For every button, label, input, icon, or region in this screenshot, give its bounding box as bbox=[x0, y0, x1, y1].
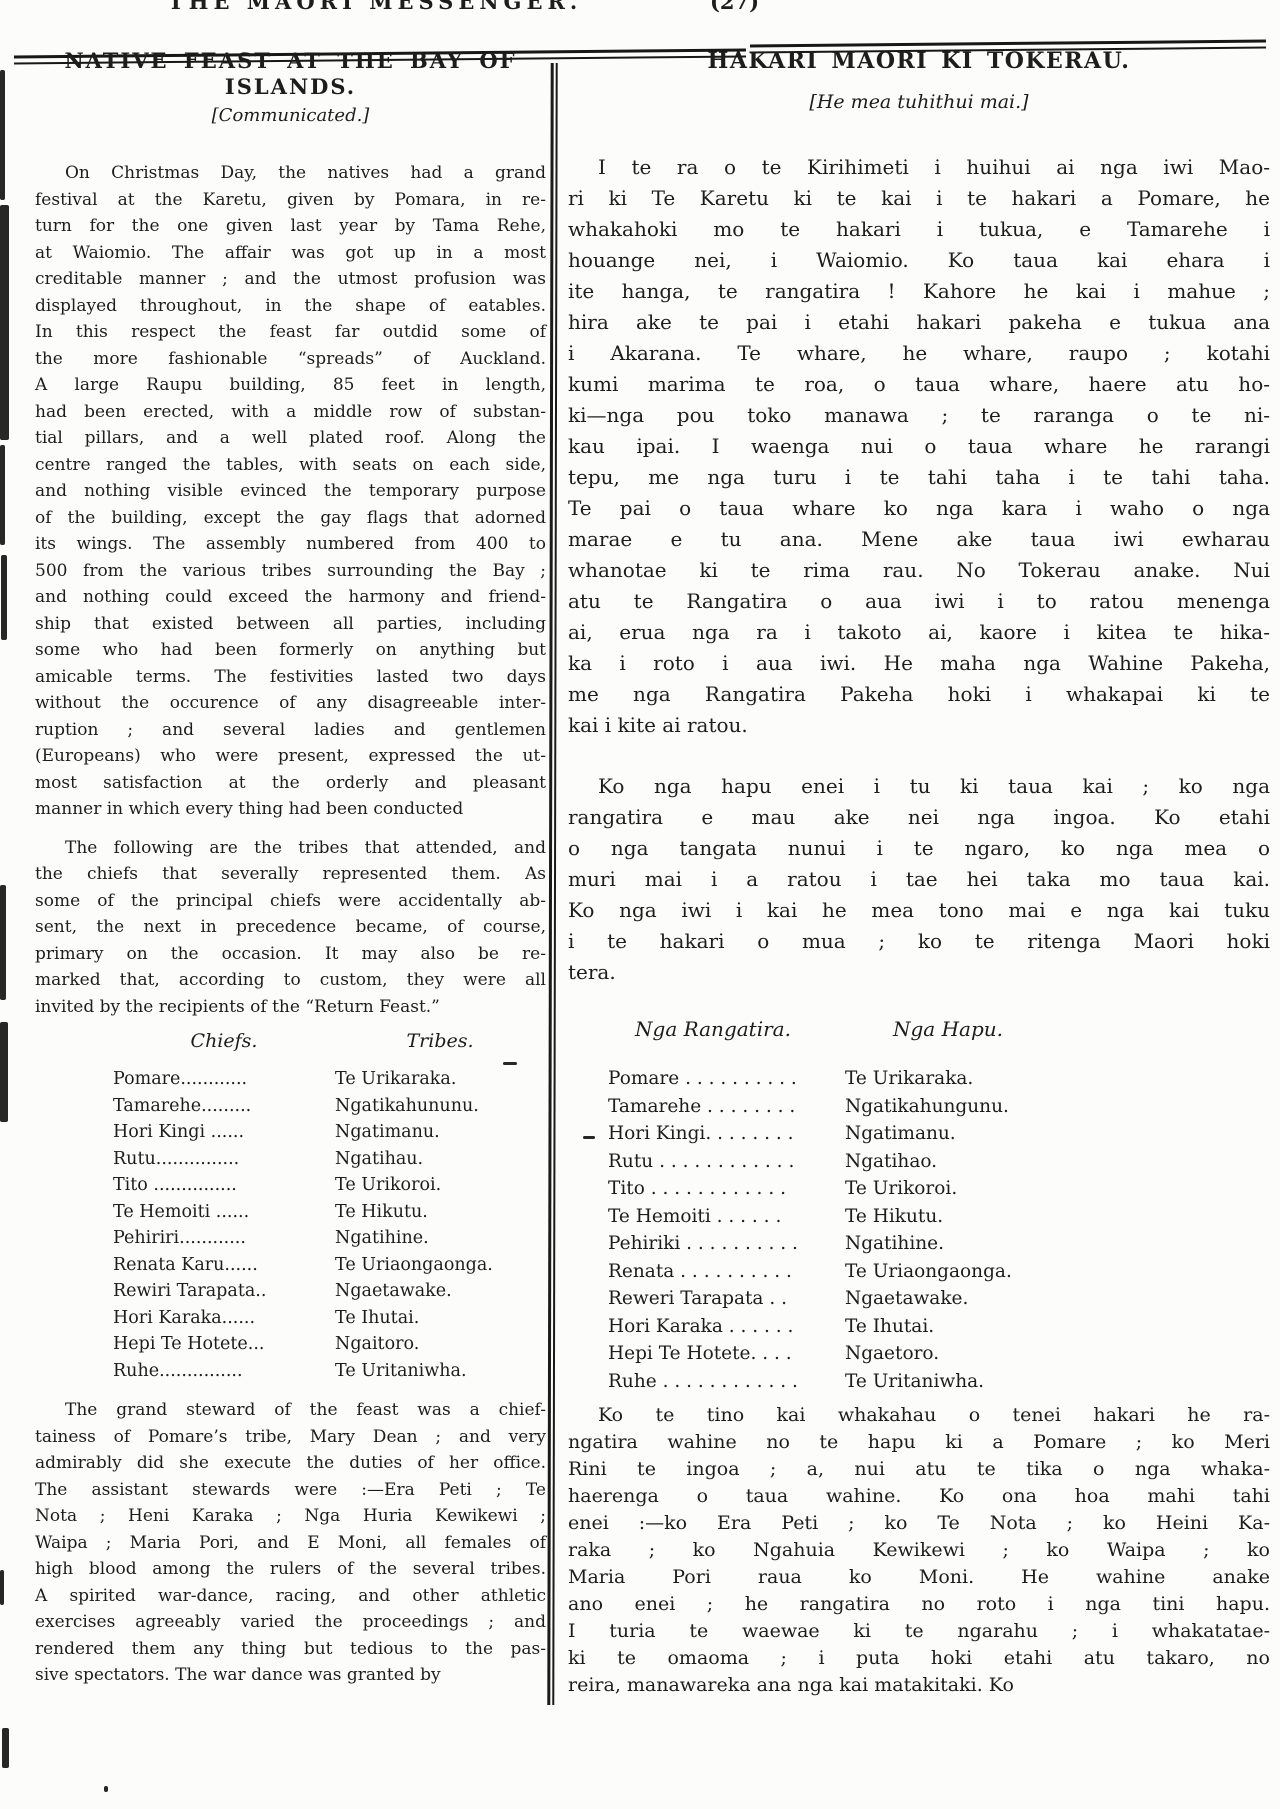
text-line: and nothing visible evinced the temporar… bbox=[35, 478, 546, 505]
text-line: ano enei ; he rangatira no roto i nga ti… bbox=[568, 1591, 1270, 1618]
text-line: On Christmas Day, the natives had a gran… bbox=[35, 160, 546, 187]
table-cell-chief: Reweri Tarapata . . bbox=[608, 1285, 845, 1313]
table-row: Hepi Te Hotete. . . .Ngaetoro. bbox=[608, 1340, 1270, 1368]
paragraph-english-2: The following are the tribes that attend… bbox=[35, 835, 546, 1021]
scan-artifact bbox=[503, 1062, 517, 1065]
text-line: creditable manner ; and the utmost profu… bbox=[35, 266, 546, 293]
text-line: ship that existed between all parties, i… bbox=[35, 611, 546, 638]
article-title-maori: HAKARI MAORI KI TOKERAU. bbox=[568, 48, 1270, 74]
text-line: haerenga o taua wahine. Ko ona hoa mahi … bbox=[568, 1483, 1270, 1510]
text-line: turn for the one given last year by Tama… bbox=[35, 213, 546, 240]
table-cell-tribe: Te Hikutu. bbox=[335, 1199, 428, 1226]
text-line: me nga Rangatira Pakeha hoki i whakapai … bbox=[568, 679, 1270, 710]
text-line: sent, the next in precedence became, of … bbox=[35, 914, 546, 941]
text-line: rendered them any thing but tedious to t… bbox=[35, 1636, 546, 1663]
text-line: (Europeans) who were present, expressed … bbox=[35, 743, 546, 770]
table-row: Te Hemoiti ......Te Hikutu. bbox=[113, 1199, 546, 1226]
table-row: Ruhe...............Te Uritaniwha. bbox=[113, 1358, 546, 1385]
text-line: some of the principal chiefs were accide… bbox=[35, 888, 546, 915]
text-line: i te hakari o mua ; ko te ritenga Maori … bbox=[568, 926, 1270, 957]
table-cell-tribe: Te Hikutu. bbox=[845, 1203, 943, 1231]
text-line: i Akarana. Te whare, he whare, raupo ; k… bbox=[568, 338, 1270, 369]
table-cell-chief: Rutu............... bbox=[113, 1146, 335, 1173]
text-line: kau ipai. I waenga nui o taua whare he r… bbox=[568, 431, 1270, 462]
table-row: Hori Kingi. . . . . . . .Ngatimanu. bbox=[608, 1120, 1270, 1148]
table-row: Pomare . . . . . . . . . .Te Urikaraka. bbox=[608, 1065, 1270, 1093]
text-line: 500 from the various tribes surrounding … bbox=[35, 558, 546, 585]
table-cell-tribe: Ngatikahungunu. bbox=[845, 1093, 1009, 1121]
table-cell-tribe: Te Urikaraka. bbox=[335, 1066, 456, 1093]
text-line: ai, erua nga ra i takoto ai, kaore i kit… bbox=[568, 617, 1270, 648]
table-cell-chief: Pehiriri............ bbox=[113, 1225, 335, 1252]
paragraph-maori-1: I te ra o te Kirihimeti i huihui ai nga … bbox=[568, 152, 1270, 741]
text-line: Ko te tino kai whakahau o tenei hakari h… bbox=[568, 1402, 1270, 1429]
text-line: whanotae ki te rima rau. No Tokerau anak… bbox=[568, 555, 1270, 586]
table-cell-chief: Tamarehe . . . . . . . . bbox=[608, 1093, 845, 1121]
paragraph-maori-2: Ko nga hapu enei i tu ki taua kai ; ko n… bbox=[568, 771, 1270, 988]
scan-artifact bbox=[0, 205, 9, 440]
table-cell-tribe: Ngaetawake. bbox=[845, 1285, 968, 1313]
paragraph-english-1: On Christmas Day, the natives had a gran… bbox=[35, 160, 546, 823]
table-cell-chief: Pomare . . . . . . . . . . bbox=[608, 1065, 845, 1093]
text-line: marked that, according to custom, they w… bbox=[35, 967, 546, 994]
text-line: the chiefs that severally represented th… bbox=[35, 861, 546, 888]
table-cell-tribe: Te Uriaongaonga. bbox=[335, 1252, 493, 1279]
text-line: I turia te waewae ki te ngarahu ; i whak… bbox=[568, 1618, 1270, 1645]
text-line: Nota ; Heni Karaka ; Nga Huria Kewikewi … bbox=[35, 1503, 546, 1530]
paragraph-maori-3: Ko te tino kai whakahau o tenei hakari h… bbox=[568, 1402, 1270, 1699]
masthead-page-number: (27) bbox=[710, 0, 759, 14]
table-cell-tribe: Te Uriaongaonga. bbox=[845, 1258, 1012, 1286]
table-cell-chief: Te Hemoiti . . . . . . bbox=[608, 1203, 845, 1231]
table-cell-chief: Ruhe . . . . . . . . . . . . bbox=[608, 1368, 845, 1396]
text-line: tera. bbox=[568, 957, 1270, 988]
scan-artifact bbox=[1, 555, 7, 640]
rangatira-hapu-table-headers: Nga Rangatira. Nga Hapu. bbox=[568, 1016, 1270, 1043]
table-row: Rutu . . . . . . . . . . . .Ngatihao. bbox=[608, 1148, 1270, 1176]
text-line: some who had been formerly on anything b… bbox=[35, 637, 546, 664]
table-cell-tribe: Ngatimanu. bbox=[845, 1120, 956, 1148]
table-cell-chief: Te Hemoiti ...... bbox=[113, 1199, 335, 1226]
table-cell-chief: Pomare............ bbox=[113, 1066, 335, 1093]
text-line: tainess of Pomare’s tribe, Mary Dean ; a… bbox=[35, 1424, 546, 1451]
chiefs-tribes-table: Pomare............Te Urikaraka.Tamarehe.… bbox=[35, 1066, 546, 1384]
masthead-title: THE MAORI MESSENGER. bbox=[168, 0, 582, 14]
scan-artifact bbox=[0, 445, 5, 545]
table-cell-chief: Hori Kingi. . . . . . . . bbox=[608, 1120, 845, 1148]
maori-column: HAKARI MAORI KI TOKERAU. [He mea tuhithu… bbox=[568, 48, 1270, 1699]
column-header-chiefs: Chiefs. bbox=[113, 1028, 335, 1054]
text-line: sive spectators. The war dance was grant… bbox=[35, 1662, 546, 1689]
text-line: tial pillars, and a well plated roof. Al… bbox=[35, 425, 546, 452]
table-cell-tribe: Te Ihutai. bbox=[845, 1313, 934, 1341]
table-row: Rewiri Tarapata..Ngaetawake. bbox=[113, 1278, 546, 1305]
text-line: most satisfaction at the orderly and ple… bbox=[35, 770, 546, 797]
text-line: atu te Rangatira o aua iwi i to ratou me… bbox=[568, 586, 1270, 617]
table-cell-tribe: Te Urikoroi. bbox=[335, 1172, 441, 1199]
table-row: Reweri Tarapata . .Ngaetawake. bbox=[608, 1285, 1270, 1313]
text-line: The grand steward of the feast was a chi… bbox=[35, 1397, 546, 1424]
table-row: Hori Karaka . . . . . .Te Ihutai. bbox=[608, 1313, 1270, 1341]
column-divider-rule bbox=[547, 63, 557, 1705]
table-cell-tribe: Ngatihine. bbox=[845, 1230, 944, 1258]
text-line: rangatira e mau ake nei nga ingoa. Ko et… bbox=[568, 802, 1270, 833]
table-row: Te Hemoiti . . . . . .Te Hikutu. bbox=[608, 1203, 1270, 1231]
text-line: amicable terms. The festivities lasted t… bbox=[35, 664, 546, 691]
text-line: exercises agreeably varied the proceedin… bbox=[35, 1609, 546, 1636]
text-line: ka i roto i aua iwi. He maha nga Wahine … bbox=[568, 648, 1270, 679]
table-row: Tito . . . . . . . . . . . .Te Urikoroi. bbox=[608, 1175, 1270, 1203]
text-line: admirably did she execute the duties of … bbox=[35, 1450, 546, 1477]
text-line: ruption ; and several ladies and gentlem… bbox=[35, 717, 546, 744]
text-line: centre ranged the tables, with seats on … bbox=[35, 452, 546, 479]
text-line: In this respect the feast far outdid som… bbox=[35, 319, 546, 346]
text-line: whakahoki mo te hakari i tukua, e Tamare… bbox=[568, 214, 1270, 245]
scan-artifact bbox=[104, 1786, 108, 1792]
text-line: ri ki Te Karetu ki te kai i te hakari a … bbox=[568, 183, 1270, 214]
text-line: without the occurence of any disagreeabl… bbox=[35, 690, 546, 717]
column-header-nga-rangatira: Nga Rangatira. bbox=[608, 1016, 818, 1043]
text-line: enei :—ko Era Peti ; ko Te Nota ; ko Hei… bbox=[568, 1510, 1270, 1537]
table-cell-chief: Tamarehe......... bbox=[113, 1093, 335, 1120]
table-row: Hori Kingi ......Ngatimanu. bbox=[113, 1119, 546, 1146]
text-line: invited by the recipients of the “Return… bbox=[35, 994, 546, 1021]
text-line: kumi marima te roa, o taua whare, haere … bbox=[568, 369, 1270, 400]
text-line: ki—nga pou toko manawa ; te raranga o te… bbox=[568, 400, 1270, 431]
text-line: Waipa ; Maria Pori, and E Moni, all fema… bbox=[35, 1530, 546, 1557]
table-cell-chief: Ruhe............... bbox=[113, 1358, 335, 1385]
column-header-nga-hapu: Nga Hapu. bbox=[818, 1016, 1078, 1043]
table-row: Hori Karaka......Te Ihutai. bbox=[113, 1305, 546, 1332]
table-row: Hepi Te Hotete...Ngaitoro. bbox=[113, 1331, 546, 1358]
text-line: o nga tangata nunui i te ngaro, ko nga m… bbox=[568, 833, 1270, 864]
text-line: Maria Pori raua ko Moni. He wahine anake bbox=[568, 1564, 1270, 1591]
title-line: ISLANDS. bbox=[35, 74, 546, 100]
text-line: houange nei, i Waiomio. Ko taua kai ehar… bbox=[568, 245, 1270, 276]
table-row: Rutu...............Ngatihau. bbox=[113, 1146, 546, 1173]
text-line: displayed throughout, in the shape of ea… bbox=[35, 293, 546, 320]
table-row: Tamarehe.........Ngatikahununu. bbox=[113, 1093, 546, 1120]
text-line: Ko nga iwi i kai he mea tono mai e nga k… bbox=[568, 895, 1270, 926]
text-line: marae e tu ana. Mene ake taua iwi ewhara… bbox=[568, 524, 1270, 555]
text-line: muri mai i a ratou i tae hei taka mo tau… bbox=[568, 864, 1270, 895]
table-cell-tribe: Ngatihau. bbox=[335, 1146, 423, 1173]
text-line: the more fashionable “spreads” of Auckla… bbox=[35, 346, 546, 373]
text-line: its wings. The assembly numbered from 40… bbox=[35, 531, 546, 558]
scan-artifact bbox=[2, 1728, 9, 1768]
column-header-tribes: Tribes. bbox=[335, 1028, 545, 1054]
table-cell-tribe: Ngaitoro. bbox=[335, 1331, 419, 1358]
title-line: HAKARI MAORI KI TOKERAU. bbox=[568, 48, 1270, 74]
table-cell-tribe: Te Uritaniwha. bbox=[845, 1368, 984, 1396]
text-line: ngatira wahine no te hapu ki a Pomare ; … bbox=[568, 1429, 1270, 1456]
table-row: Ruhe . . . . . . . . . . . .Te Uritaniwh… bbox=[608, 1368, 1270, 1396]
table-row: Pehiriri............Ngatihine. bbox=[113, 1225, 546, 1252]
table-row: Renata Karu......Te Uriaongaonga. bbox=[113, 1252, 546, 1279]
scan-artifact bbox=[0, 885, 6, 1000]
table-cell-tribe: Te Ihutai. bbox=[335, 1305, 419, 1332]
rangatira-hapu-table: Pomare . . . . . . . . . .Te Urikaraka.T… bbox=[568, 1065, 1270, 1395]
text-line: primary on the occasion. It may also be … bbox=[35, 941, 546, 968]
text-line: of the building, except the gay flags th… bbox=[35, 505, 546, 532]
byline-english: [Communicated.] bbox=[35, 104, 546, 128]
table-cell-chief: Hori Karaka . . . . . . bbox=[608, 1313, 845, 1341]
table-cell-tribe: Te Urikaraka. bbox=[845, 1065, 973, 1093]
paragraph-english-3: The grand steward of the feast was a chi… bbox=[35, 1397, 546, 1689]
text-line: The assistant stewards were :—Era Peti ;… bbox=[35, 1477, 546, 1504]
table-cell-chief: Tito . . . . . . . . . . . . bbox=[608, 1175, 845, 1203]
table-cell-chief: Hori Karaka...... bbox=[113, 1305, 335, 1332]
text-line: had been erected, with a middle row of s… bbox=[35, 399, 546, 426]
table-cell-chief: Rutu . . . . . . . . . . . . bbox=[608, 1148, 845, 1176]
english-column: NATIVE FEAST AT THE BAY OF ISLANDS. [Com… bbox=[35, 48, 546, 1689]
table-cell-tribe: Ngatihine. bbox=[335, 1225, 429, 1252]
table-cell-chief: Renata Karu...... bbox=[113, 1252, 335, 1279]
table-cell-chief: Tito ............... bbox=[113, 1172, 335, 1199]
text-line: kai i kite ai ratou. bbox=[568, 710, 1270, 741]
text-line: tepu, me nga turu i te tahi taha i te ta… bbox=[568, 462, 1270, 493]
article-title-english: NATIVE FEAST AT THE BAY OF ISLANDS. bbox=[35, 48, 546, 100]
chiefs-tribes-table-headers: Chiefs. Tribes. bbox=[35, 1028, 546, 1054]
text-line: A large Raupu building, 85 feet in lengt… bbox=[35, 372, 546, 399]
text-line: high blood among the rulers of the sever… bbox=[35, 1556, 546, 1583]
text-line: Rini te ingoa ; a, nui atu te tika o nga… bbox=[568, 1456, 1270, 1483]
table-cell-chief: Pehiriki . . . . . . . . . . bbox=[608, 1230, 845, 1258]
byline-maori: [He mea tuhithui mai.] bbox=[568, 90, 1270, 114]
text-line: A spirited war-dance, racing, and other … bbox=[35, 1583, 546, 1610]
table-row: Tito ...............Te Urikoroi. bbox=[113, 1172, 546, 1199]
table-cell-chief: Hepi Te Hotete. . . . bbox=[608, 1340, 845, 1368]
table-cell-chief: Renata . . . . . . . . . . bbox=[608, 1258, 845, 1286]
text-line: Te pai o taua whare ko nga kara i waho o… bbox=[568, 493, 1270, 524]
text-line: ki te omaoma ; i puta hoki etahi atu tak… bbox=[568, 1645, 1270, 1672]
text-line: and nothing could exceed the harmony and… bbox=[35, 584, 546, 611]
text-line: Ko nga hapu enei i tu ki taua kai ; ko n… bbox=[568, 771, 1270, 802]
text-line: raka ; ko Ngahuia Kewikewi ; ko Waipa ; … bbox=[568, 1537, 1270, 1564]
table-cell-tribe: Ngaetoro. bbox=[845, 1340, 939, 1368]
text-line: I te ra o te Kirihimeti i huihui ai nga … bbox=[568, 152, 1270, 183]
text-line: reira, manawareka ana nga kai matakitaki… bbox=[568, 1672, 1270, 1699]
text-line: The following are the tribes that attend… bbox=[35, 835, 546, 862]
scan-artifact bbox=[583, 1136, 595, 1139]
title-line: NATIVE FEAST AT THE BAY OF bbox=[35, 48, 546, 74]
table-cell-tribe: Te Uritaniwha. bbox=[335, 1358, 467, 1385]
text-line: at Waiomio. The affair was got up in a m… bbox=[35, 240, 546, 267]
text-line: hira ake te pai i etahi hakari pakeha e … bbox=[568, 307, 1270, 338]
table-cell-tribe: Ngatimanu. bbox=[335, 1119, 440, 1146]
table-cell-tribe: Ngatikahununu. bbox=[335, 1093, 479, 1120]
table-cell-tribe: Ngatihao. bbox=[845, 1148, 937, 1176]
table-cell-chief: Rewiri Tarapata.. bbox=[113, 1278, 335, 1305]
table-cell-chief: Hepi Te Hotete... bbox=[113, 1331, 335, 1358]
scan-artifact bbox=[0, 1022, 8, 1122]
scan-artifact bbox=[0, 70, 5, 200]
text-line: manner in which every thing had been con… bbox=[35, 796, 546, 823]
table-cell-tribe: Ngaetawake. bbox=[335, 1278, 452, 1305]
table-cell-chief: Hori Kingi ...... bbox=[113, 1119, 335, 1146]
text-line: ite hanga, te rangatira ! Kahore he kai … bbox=[568, 276, 1270, 307]
scan-artifact bbox=[0, 1570, 4, 1605]
table-row: Renata . . . . . . . . . .Te Uriaongaong… bbox=[608, 1258, 1270, 1286]
table-row: Pomare............Te Urikaraka. bbox=[113, 1066, 546, 1093]
table-row: Pehiriki . . . . . . . . . .Ngatihine. bbox=[608, 1230, 1270, 1258]
table-row: Tamarehe . . . . . . . .Ngatikahungunu. bbox=[608, 1093, 1270, 1121]
newspaper-page: THE MAORI MESSENGER. (27) NATIVE FEAST A… bbox=[0, 0, 1280, 1809]
text-line: festival at the Karetu, given by Pomara,… bbox=[35, 187, 546, 214]
table-cell-tribe: Te Urikoroi. bbox=[845, 1175, 957, 1203]
